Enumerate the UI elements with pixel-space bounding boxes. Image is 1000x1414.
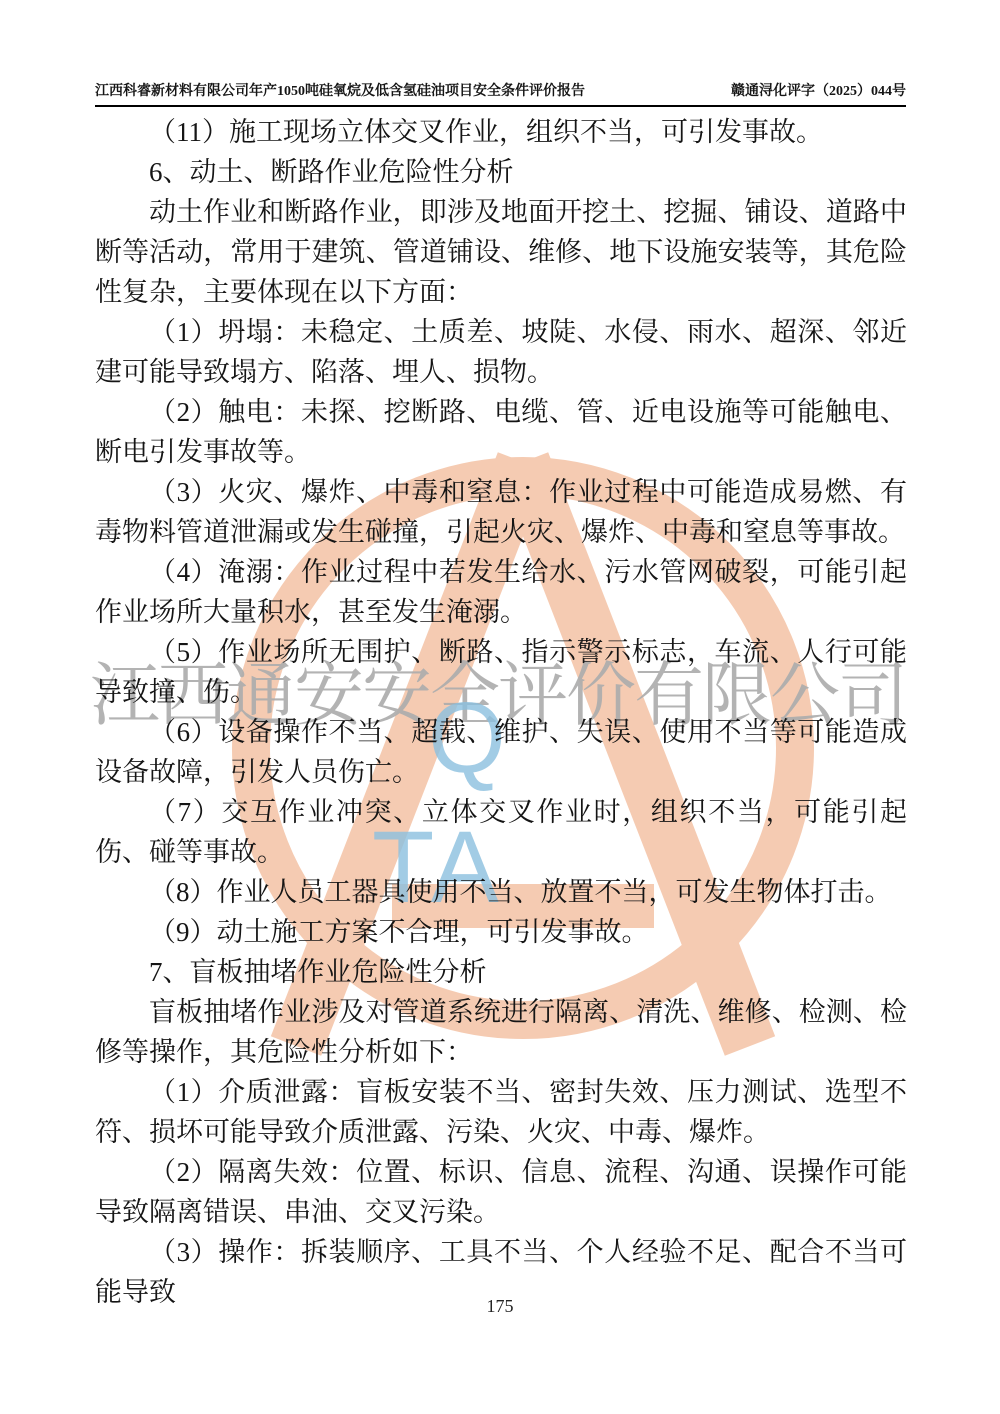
paragraph: （6）设备操作不当、超载、维护、失误、使用不当等可能造成设备故障，引发人员伤亡。 bbox=[95, 712, 907, 792]
header-report-title: 江西科睿新材料有限公司年产1050吨硅氧烷及低含氢硅油项目安全条件评价报告 bbox=[95, 80, 585, 100]
page-header: 江西科睿新材料有限公司年产1050吨硅氧烷及低含氢硅油项目安全条件评价报告 赣通… bbox=[95, 80, 906, 107]
paragraph: （5）作业场所无围护、断路、指示警示标志，车流、人行可能导致撞、伤。 bbox=[95, 632, 907, 712]
paragraph: （2）隔离失效：位置、标识、信息、流程、沟通、误操作可能导致隔离错误、串油、交叉… bbox=[95, 1152, 907, 1232]
document-body: （11）施工现场立体交叉作业，组织不当，可引发事故。6、动土、断路作业危险性分析… bbox=[95, 112, 907, 1312]
paragraph: （2）触电：未探、挖断路、电缆、管、近电设施等可能触电、断电引发事故等。 bbox=[95, 392, 907, 472]
page-number: 175 bbox=[0, 1296, 1000, 1317]
paragraph: 6、动土、断路作业危险性分析 bbox=[95, 152, 907, 192]
paragraph: 动土作业和断路作业，即涉及地面开挖土、挖掘、铺设、道路中断等活动，常用于建筑、管… bbox=[95, 192, 907, 312]
paragraph: （11）施工现场立体交叉作业，组织不当，可引发事故。 bbox=[95, 112, 907, 152]
paragraph: 盲板抽堵作业涉及对管道系统进行隔离、清洗、维修、检测、检修等操作，其危险性分析如… bbox=[95, 992, 907, 1072]
paragraph: （7）交互作业冲突、立体交叉作业时，组织不当，可能引起伤、碰等事故。 bbox=[95, 792, 907, 872]
paragraph: （1）介质泄露：盲板安装不当、密封失效、压力测试、选型不符、损坏可能导致介质泄露… bbox=[95, 1072, 907, 1152]
paragraph: （1）坍塌：未稳定、土质差、坡陡、水侵、雨水、超深、邻近建可能导致塌方、陷落、埋… bbox=[95, 312, 907, 392]
paragraph: 7、盲板抽堵作业危险性分析 bbox=[95, 952, 907, 992]
paragraph: （9）动土施工方案不合理，可引发事故。 bbox=[95, 912, 907, 952]
paragraph: （4）淹溺：作业过程中若发生给水、污水管网破裂，可能引起作业场所大量积水，甚至发… bbox=[95, 552, 907, 632]
document-page: 江西通安安全评价有限公司 Q TA 江西科睿新材料有限公司年产1050吨硅氧烷及… bbox=[0, 0, 1000, 1414]
paragraph: （8）作业人员工器具使用不当、放置不当，可发生物体打击。 bbox=[95, 872, 907, 912]
paragraph: （3）火灾、爆炸、中毒和窒息：作业过程中可能造成易燃、有毒物料管道泄漏或发生碰撞… bbox=[95, 472, 907, 552]
header-document-number: 赣通浔化评字（2025）044号 bbox=[731, 80, 906, 100]
